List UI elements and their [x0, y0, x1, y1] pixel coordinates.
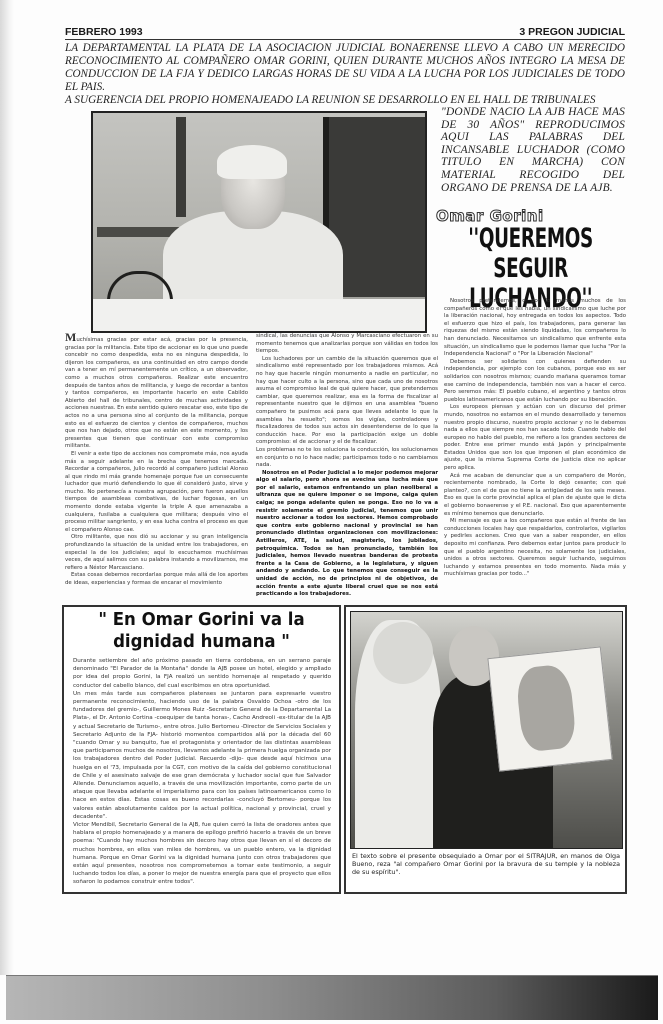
- sidebar-title: " En Omar Gorini va la dignidad humana ": [75, 609, 328, 653]
- article-column-1: Muchísimas gracias por estar acá, gracia…: [65, 333, 248, 588]
- page-header: FEBRERO 1993 3 PREGON JUDICIAL: [65, 27, 625, 40]
- article-column-2: sindical, las denuncias que Alonso y Mar…: [256, 333, 438, 599]
- scan-bottom-band: [6, 975, 658, 1020]
- subintro-text: "Donde nacio la AJB hace mas de 30 años"…: [441, 106, 625, 194]
- page-number-publication: 3 PREGON JUDICIAL: [519, 26, 625, 38]
- issue-date: FEBRERO 1993: [65, 26, 143, 38]
- scan-left-edge: [0, 0, 14, 975]
- article-column-3: Nosotros pretendemos, o por lo menos muc…: [444, 298, 626, 579]
- gift-photo-box: El texto sobre el presente obsequiado a …: [344, 605, 627, 894]
- portrait-photo: [91, 111, 427, 333]
- intro-text: La Departamental La Plata de la Asociaci…: [65, 42, 625, 107]
- sidebar-body: Durante setiembre del año próximo pasado…: [73, 657, 331, 887]
- sidebar-box: " En Omar Gorini va la dignidad humana "…: [62, 605, 341, 894]
- intro-paragraph-1: La Departamental La Plata de la Asociaci…: [65, 42, 625, 94]
- drop-cap: M: [65, 330, 76, 344]
- photo-caption: El texto sobre el presente obsequiado a …: [352, 853, 620, 876]
- gift-photo: [350, 611, 623, 849]
